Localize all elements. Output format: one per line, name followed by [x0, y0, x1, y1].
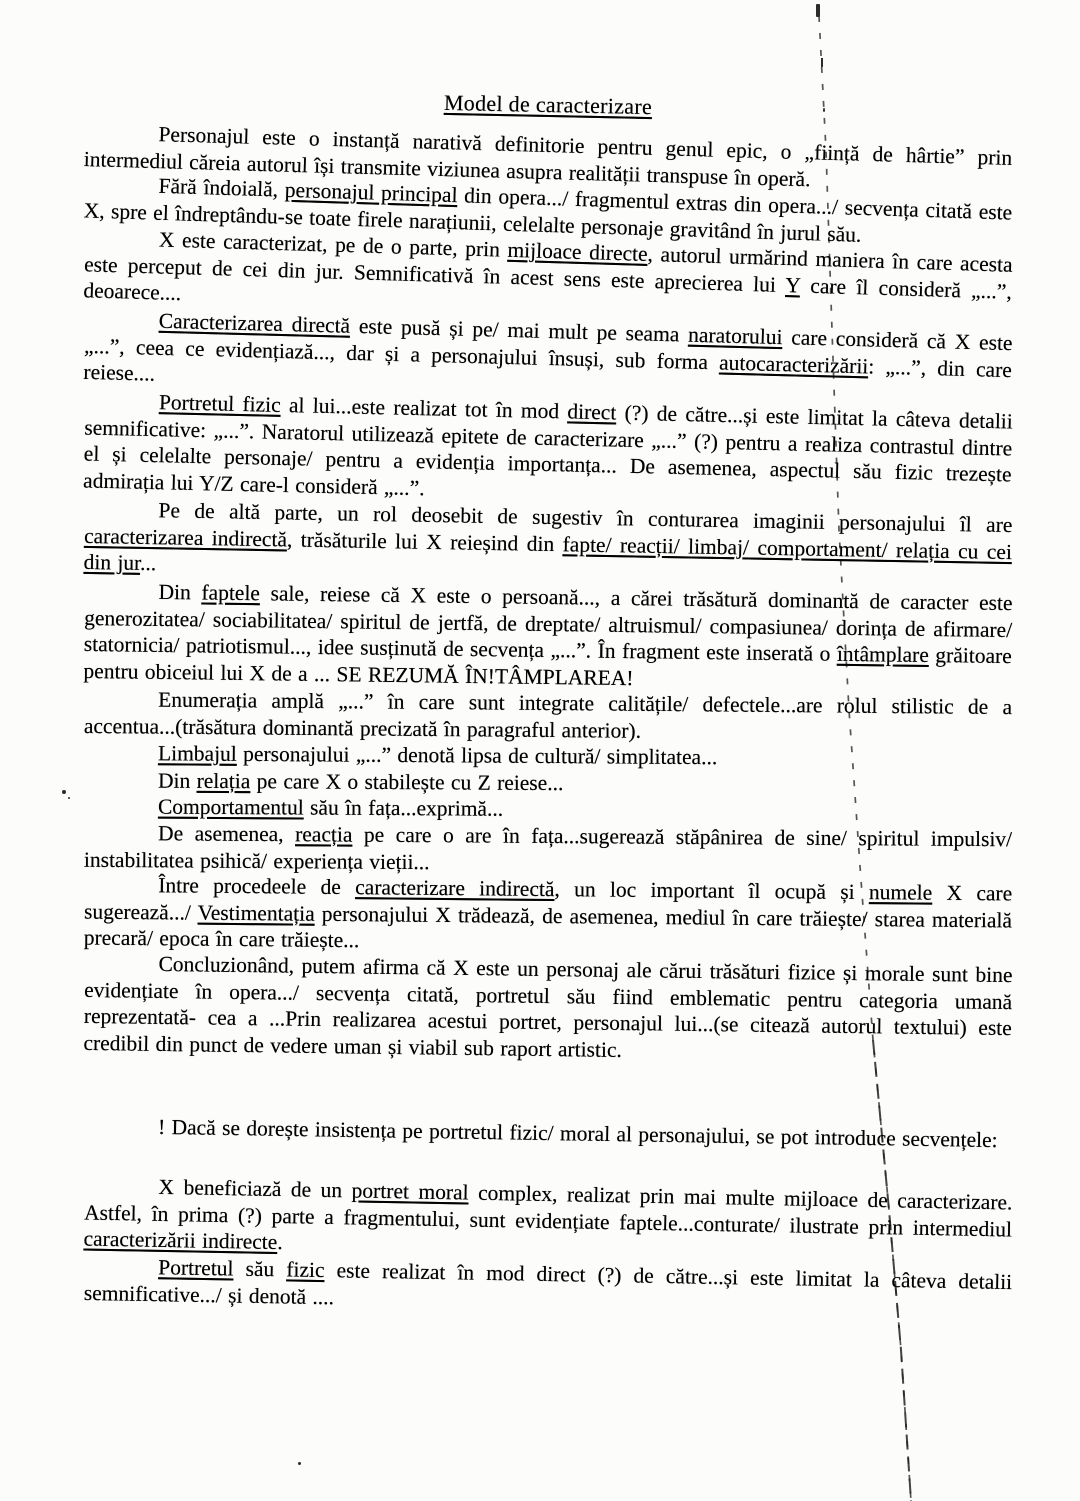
underlined-text: Limbajul — [158, 742, 237, 767]
underlined-text: relația — [197, 769, 251, 793]
paragraph-7: Din faptele sale, reiese că X este o per… — [83, 578, 1012, 697]
underlined-text: Portretul fizic — [159, 390, 281, 417]
text-run: Enumerația amplă „...” în care sunt inte… — [84, 688, 1012, 743]
paragraph-6: Pe de altă parte, un rol deosebit de sug… — [83, 496, 1012, 592]
underlined-text: portret moral — [351, 1178, 468, 1204]
underlined-text: fizic — [286, 1257, 325, 1282]
scan-noise-speck — [298, 1462, 301, 1465]
scan-noise-speck — [62, 790, 66, 794]
underlined-text: autocaracterizării — [719, 350, 869, 378]
text-run: , trăsăturile lui X reieșind din — [287, 527, 563, 556]
text-run: Fără îndoială, — [158, 174, 285, 202]
document-body: Model de caracterizare Personajul este o… — [84, 92, 1012, 1314]
underlined-text: întâmplare — [837, 642, 929, 667]
paragraph-8: Enumerația amplă „...” în care sunt inte… — [84, 686, 1012, 747]
text-run: pe care X o stabilește cu Z reiese... — [250, 769, 563, 795]
underlined-text: caracterizării indirecte — [83, 1227, 277, 1255]
text-run: ! Dacă se dorește insistența pe portretu… — [158, 1115, 998, 1152]
underlined-text: caracterizarea indirectă — [84, 523, 287, 551]
underlined-text: direct — [567, 399, 616, 424]
paragraph-5: Portretul fizic al lui...este realizat t… — [83, 387, 1013, 514]
text-run: Concluzionând, putem afirma că X este un… — [83, 952, 1012, 1062]
underlined-text: naratorului — [688, 322, 783, 348]
underlined-text: caracterizare indirectă — [355, 875, 555, 901]
underlined-text: Caracterizarea directă — [159, 309, 351, 338]
scan-noise-speck — [816, 4, 820, 17]
underlined-text: reacția — [295, 822, 352, 846]
text-run: X beneficiază de un — [158, 1175, 352, 1203]
text-run: Din — [158, 768, 197, 792]
text-run: Din — [158, 580, 201, 605]
paragraphs-container: Personajul este o instanță narativă defi… — [84, 132, 1012, 1314]
underlined-text: Vestimentația — [198, 900, 315, 925]
scanned-document-page: Model de caracterizare Personajul este o… — [0, 0, 1080, 1501]
scan-noise-speck — [821, 58, 823, 67]
text-run: său în fața...exprimă... — [304, 796, 504, 821]
underlined-text: numele — [869, 880, 933, 905]
underlined-text: Portretul — [158, 1255, 234, 1280]
underlined-text: personajul principal — [285, 178, 458, 207]
text-run: . — [277, 1230, 283, 1254]
text-run: personajului „...” denotă lipsa de cultu… — [237, 742, 718, 769]
text-run: De asemenea, — [158, 821, 295, 846]
underlined-text: faptele — [201, 580, 260, 605]
text-run: său — [233, 1256, 286, 1281]
scan-noise-speck — [68, 797, 70, 799]
underlined-text: Comportamentul — [158, 795, 304, 820]
paragraph-12: De asemenea, reacția pe care o are în fa… — [84, 820, 1012, 880]
document-title-text: Model de caracterizare — [444, 90, 653, 119]
paragraph-14: Concluzionând, putem afirma că X este un… — [83, 950, 1012, 1069]
underlined-text: mijloace directe — [507, 238, 648, 266]
text-run: al lui...este realizat tot în mod — [280, 392, 567, 423]
text-run: ... — [140, 551, 157, 575]
underlined-text: Y — [785, 273, 800, 297]
paragraph-15: ! Dacă se dorește insistența pe portretu… — [84, 1113, 1012, 1154]
text-run: Între procedeele de — [158, 873, 355, 899]
text-run: , un loc important îl ocupă și — [554, 877, 869, 904]
document-title: Model de caracterizare — [84, 83, 1012, 128]
paragraph-13: Între procedeele de caracterizare indire… — [84, 872, 1013, 961]
